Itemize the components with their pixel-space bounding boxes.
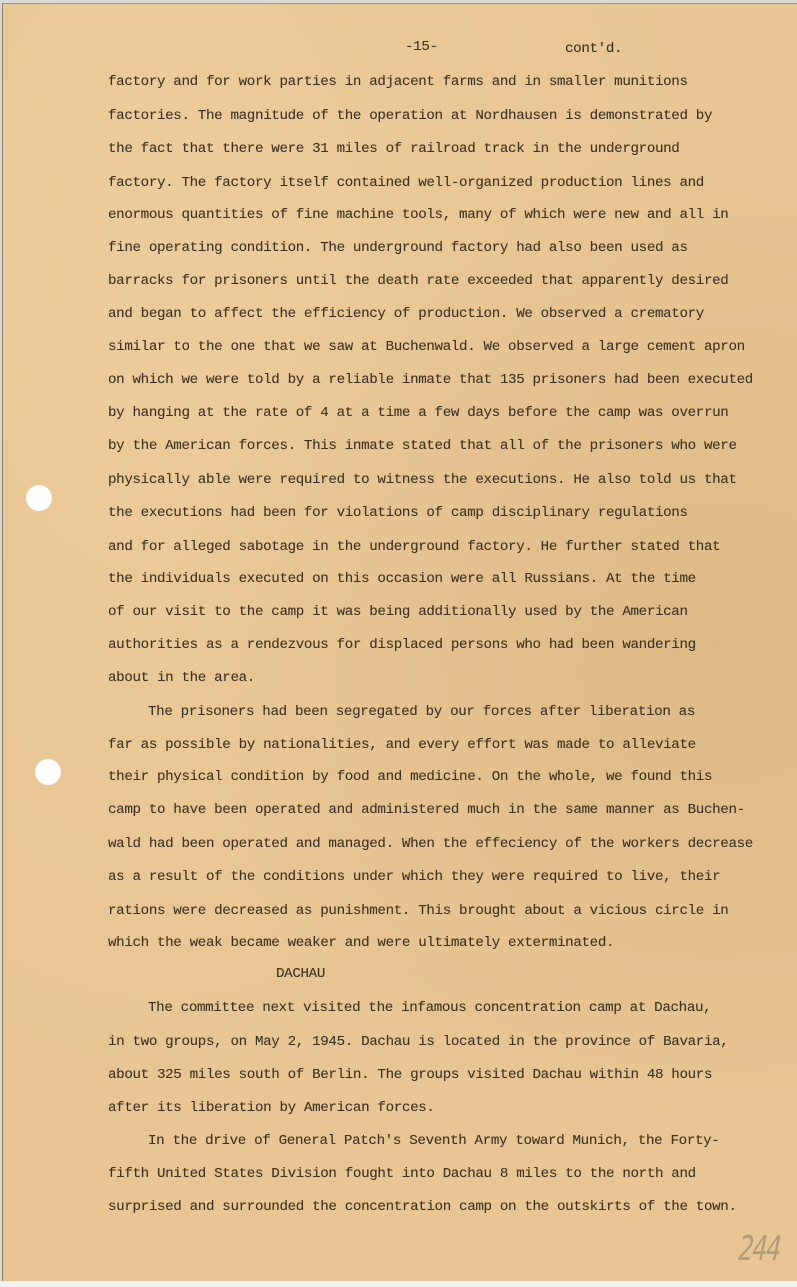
scan-bottom-margin [0,1281,797,1287]
text-line: by the American forces. This inmate stat… [108,438,737,454]
continued-label: cont'd. [565,41,622,57]
text-line: factories. The magnitude of the operatio… [108,108,712,124]
text-line: far as possible by nationalities, and ev… [108,737,696,753]
text-line: similar to the one that we saw at Buchen… [108,339,745,355]
text-line: about in the area. [108,670,255,686]
text-line: enormous quantities of fine machine tool… [108,207,728,223]
text-line: The prisoners had been segregated by our… [148,704,695,720]
text-line: as a result of the conditions under whic… [108,869,720,885]
text-line: their physical condition by food and med… [108,769,712,785]
text-line: factory. The factory itself contained we… [108,175,704,191]
text-line: the executions had been for violations o… [108,505,688,521]
text-line: and for alleged sabotage in the undergro… [108,539,720,555]
text-line: barracks for prisoners until the death r… [108,273,728,289]
text-line: authorities as a rendezvous for displace… [108,637,696,653]
document-page: -15- cont'd. factory and for work partie… [2,3,797,1281]
text-line: on which we were told by a reliable inma… [108,372,753,388]
page-number: -15- [405,39,438,55]
text-line: and began to affect the efficiency of pr… [108,306,704,322]
text-line: after its liberation by American forces. [108,1100,435,1116]
text-line: the fact that there were 31 miles of rai… [108,141,679,157]
punch-hole-top [26,485,52,511]
text-line: fine operating condition. The undergroun… [108,240,688,256]
text-line: The committee next visited the infamous … [148,1000,711,1016]
text-line: camp to have been operated and administe… [108,802,745,818]
text-line: in two groups, on May 2, 1945. Dachau is… [108,1034,728,1050]
text-line: factory and for work parties in adjacent… [108,74,688,90]
text-line: of our visit to the camp it was being ad… [108,604,688,620]
text-line: In the drive of General Patch's Seventh … [148,1133,719,1149]
text-line: physically able were required to witness… [108,472,737,488]
text-line: surprised and surrounded the concentrati… [108,1199,737,1215]
text-line: the individuals executed on this occasio… [108,571,696,587]
section-heading-dachau: DACHAU [276,966,325,982]
text-line: fifth United States Division fought into… [108,1166,696,1182]
punch-hole-bottom [35,759,61,785]
text-line: which the weak became weaker and were ul… [108,935,614,951]
text-line: about 325 miles south of Berlin. The gro… [108,1067,712,1083]
text-line: rations were decreased as punishment. Th… [108,903,728,919]
text-line: wald had been operated and managed. When… [108,836,753,852]
handwritten-page-annotation: 244 [734,1229,784,1269]
text-line: by hanging at the rate of 4 at a time a … [108,405,728,421]
